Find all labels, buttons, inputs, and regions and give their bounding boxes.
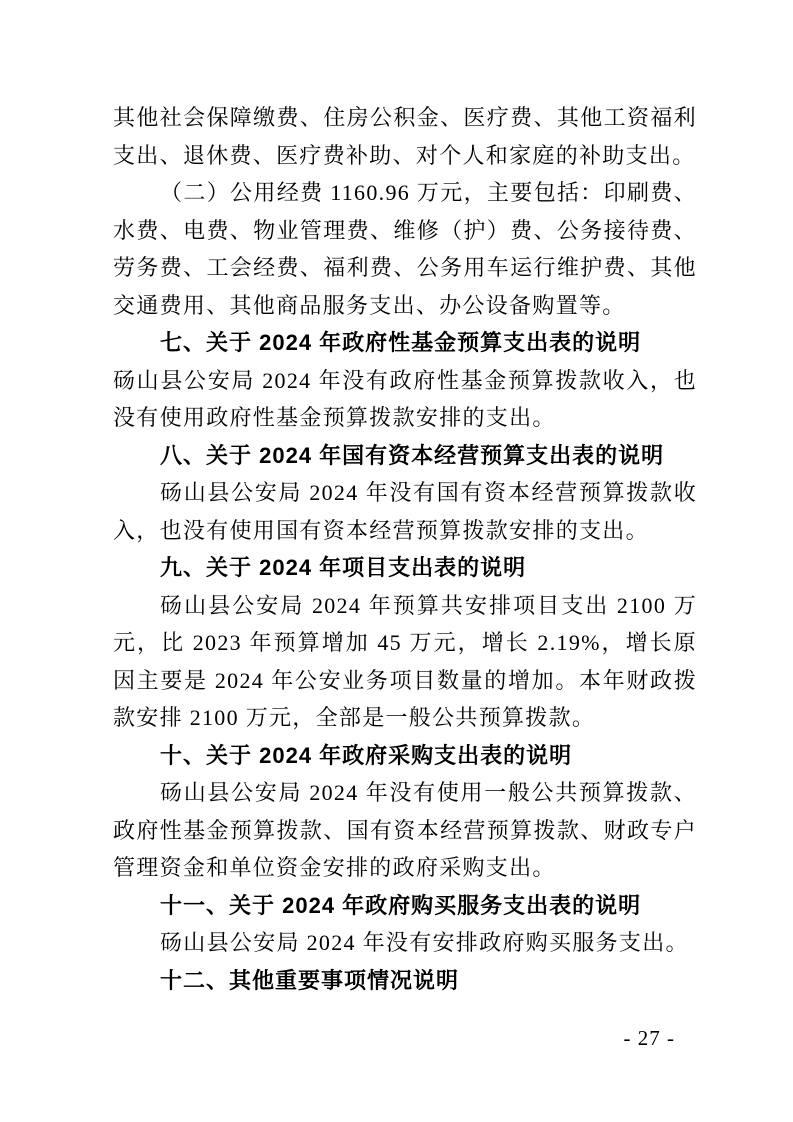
paragraph-public-funds: （二）公用经费 1160.96 万元，主要包括：印刷费、水费、电费、物业管理费、… <box>113 174 697 324</box>
paragraph-section-7: 砀山县公安局 2024 年没有政府性基金预算拨款收入，也没有使用政府性基金预算拨… <box>113 362 697 437</box>
paragraph-section-8: 砀山县公安局 2024 年没有国有资本经营预算拨款收入，也没有使用国有资本经营预… <box>113 474 697 549</box>
paragraph-section-10: 砀山县公安局 2024 年没有使用一般公共预算拨款、政府性基金预算拨款、国有资本… <box>113 774 697 887</box>
paragraph-section-11: 砀山县公安局 2024 年没有安排政府购买服务支出。 <box>113 924 697 962</box>
heading-section-11: 十一、关于 2024 年政府购买服务支出表的说明 <box>113 887 697 925</box>
heading-section-9: 九、关于 2024 年项目支出表的说明 <box>113 549 697 587</box>
heading-section-7: 七、关于 2024 年政府性基金预算支出表的说明 <box>113 324 697 362</box>
heading-section-8: 八、关于 2024 年国有资本经营预算支出表的说明 <box>113 437 697 475</box>
paragraph-section-9: 砀山县公安局 2024 年预算共安排项目支出 2100 万元，比 2023 年预… <box>113 587 697 737</box>
heading-section-10: 十、关于 2024 年政府采购支出表的说明 <box>113 737 697 775</box>
document-body: 其他社会保障缴费、住房公积金、医疗费、其他工资福利支出、退休费、医疗费补助、对个… <box>113 99 697 999</box>
page-number: - 27 - <box>624 1024 676 1052</box>
document-page: 其他社会保障缴费、住房公积金、医疗费、其他工资福利支出、退休费、医疗费补助、对个… <box>0 0 793 1122</box>
heading-section-12: 十二、其他重要事项情况说明 <box>113 962 697 1000</box>
paragraph-other-social-security: 其他社会保障缴费、住房公积金、医疗费、其他工资福利支出、退休费、医疗费补助、对个… <box>113 99 697 174</box>
